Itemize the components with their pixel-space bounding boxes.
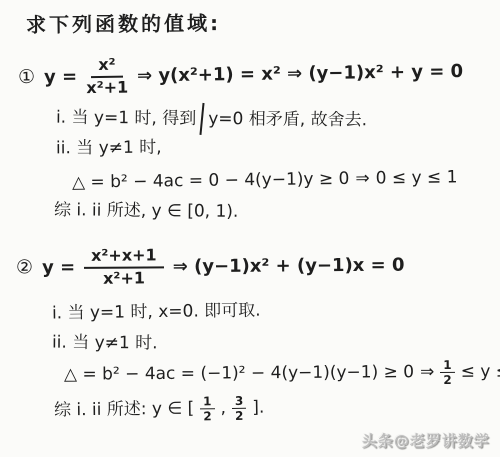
problem-1-marker: ① [18,66,35,90]
problem-1-conclusion: 综 i. ii 所述, y ∈ [0, 1). [54,200,239,223]
problem-2-equation: ② y = x²+x+1 x²+1 ⇒ (y−1)x² + (y−1)x = 0 [16,245,405,289]
problem-1-discriminant: △ = b² − 4ac = 0 − 4(y−1)y ≥ 0 ⇒ 0 ≤ y ≤… [72,167,458,194]
fraction-numerator: x²+x+1 [84,246,164,269]
problem-2-case-ii: ii. 当 y≠1 时. [52,333,158,355]
page-title: 求下列函数的值域: [26,11,221,38]
problem-2-discriminant: △ = b² − 4ac = (−1)² − 4(y−1)(y−1) ≥ 0 ⇒… [64,358,500,388]
fraction-denominator: x²+1 [103,269,145,289]
case-i-text-pre: i. 当 y=1 时, 得到 [56,108,196,129]
fraction-denominator: x²+1 [86,78,128,98]
conclusion-fraction-one-half: 1 2 [200,395,215,422]
implies-arrow: ⇒ [420,362,434,383]
conclusion-fraction-three-halves: 3 2 [232,395,247,422]
problem-2-lhs: y = [42,257,75,280]
problem-1-equation: ① y = x² x²+1 ⇒ y(x²+1) = x² ⇒ (y−1)x² +… [18,51,464,99]
handwritten-note-page: 求下列函数的值域: ① y = x² x²+1 ⇒ y(x²+1) = x² ⇒… [0,0,500,457]
implies-arrow: ⇒ [355,169,370,190]
problem-2-conclusion: 综 i. ii 所述: y ∈ [ 1 2 , 3 2 ]. [54,395,265,425]
discriminant-result: 0 ≤ y ≤ 1 [376,167,458,189]
problem-1-fraction: x² x²+1 [86,56,128,98]
problem-1-case-ii: ii. 当 y≠1 时, [56,138,162,160]
problem-2-derivation: ⇒ (y−1)x² + (y−1)x = 0 [173,254,405,278]
conclusion-comma: , [220,398,226,419]
discriminant-expression: △ = b² − 4ac = 0 − 4(y−1)y ≥ 0 [72,169,350,194]
problem-1-case-i: i. 当 y=1 时, 得到y=0 相矛盾, 故舍去. [56,102,367,137]
separator-stroke [200,103,205,135]
conclusion-text-post: ]. [252,397,264,418]
case-i-text-post: y=0 相矛盾, 故舍去. [208,109,367,130]
problem-1-lhs: y = [44,66,77,89]
problem-1-derivation: ⇒ y(x²+1) = x² ⇒ (y−1)x² + y = 0 [137,61,463,88]
problem-2-fraction: x²+x+1 x²+1 [84,246,164,288]
conclusion-text-pre: 综 i. ii 所述: y ∈ [ [54,398,195,421]
problem-2-case-i: i. 当 y=1 时, x=0. 即可取. [52,301,261,325]
watermark: 头条@老罗讲数学 [362,430,490,451]
result-fraction-one-half: 1 2 [440,359,455,386]
problem-2-marker: ② [16,256,33,280]
discriminant-expression: △ = b² − 4ac = (−1)² − 4(y−1)(y−1) ≥ 0 [64,362,414,386]
result-inequality: ≤ y ≤ [461,361,500,383]
fraction-numerator: x² [91,56,123,79]
